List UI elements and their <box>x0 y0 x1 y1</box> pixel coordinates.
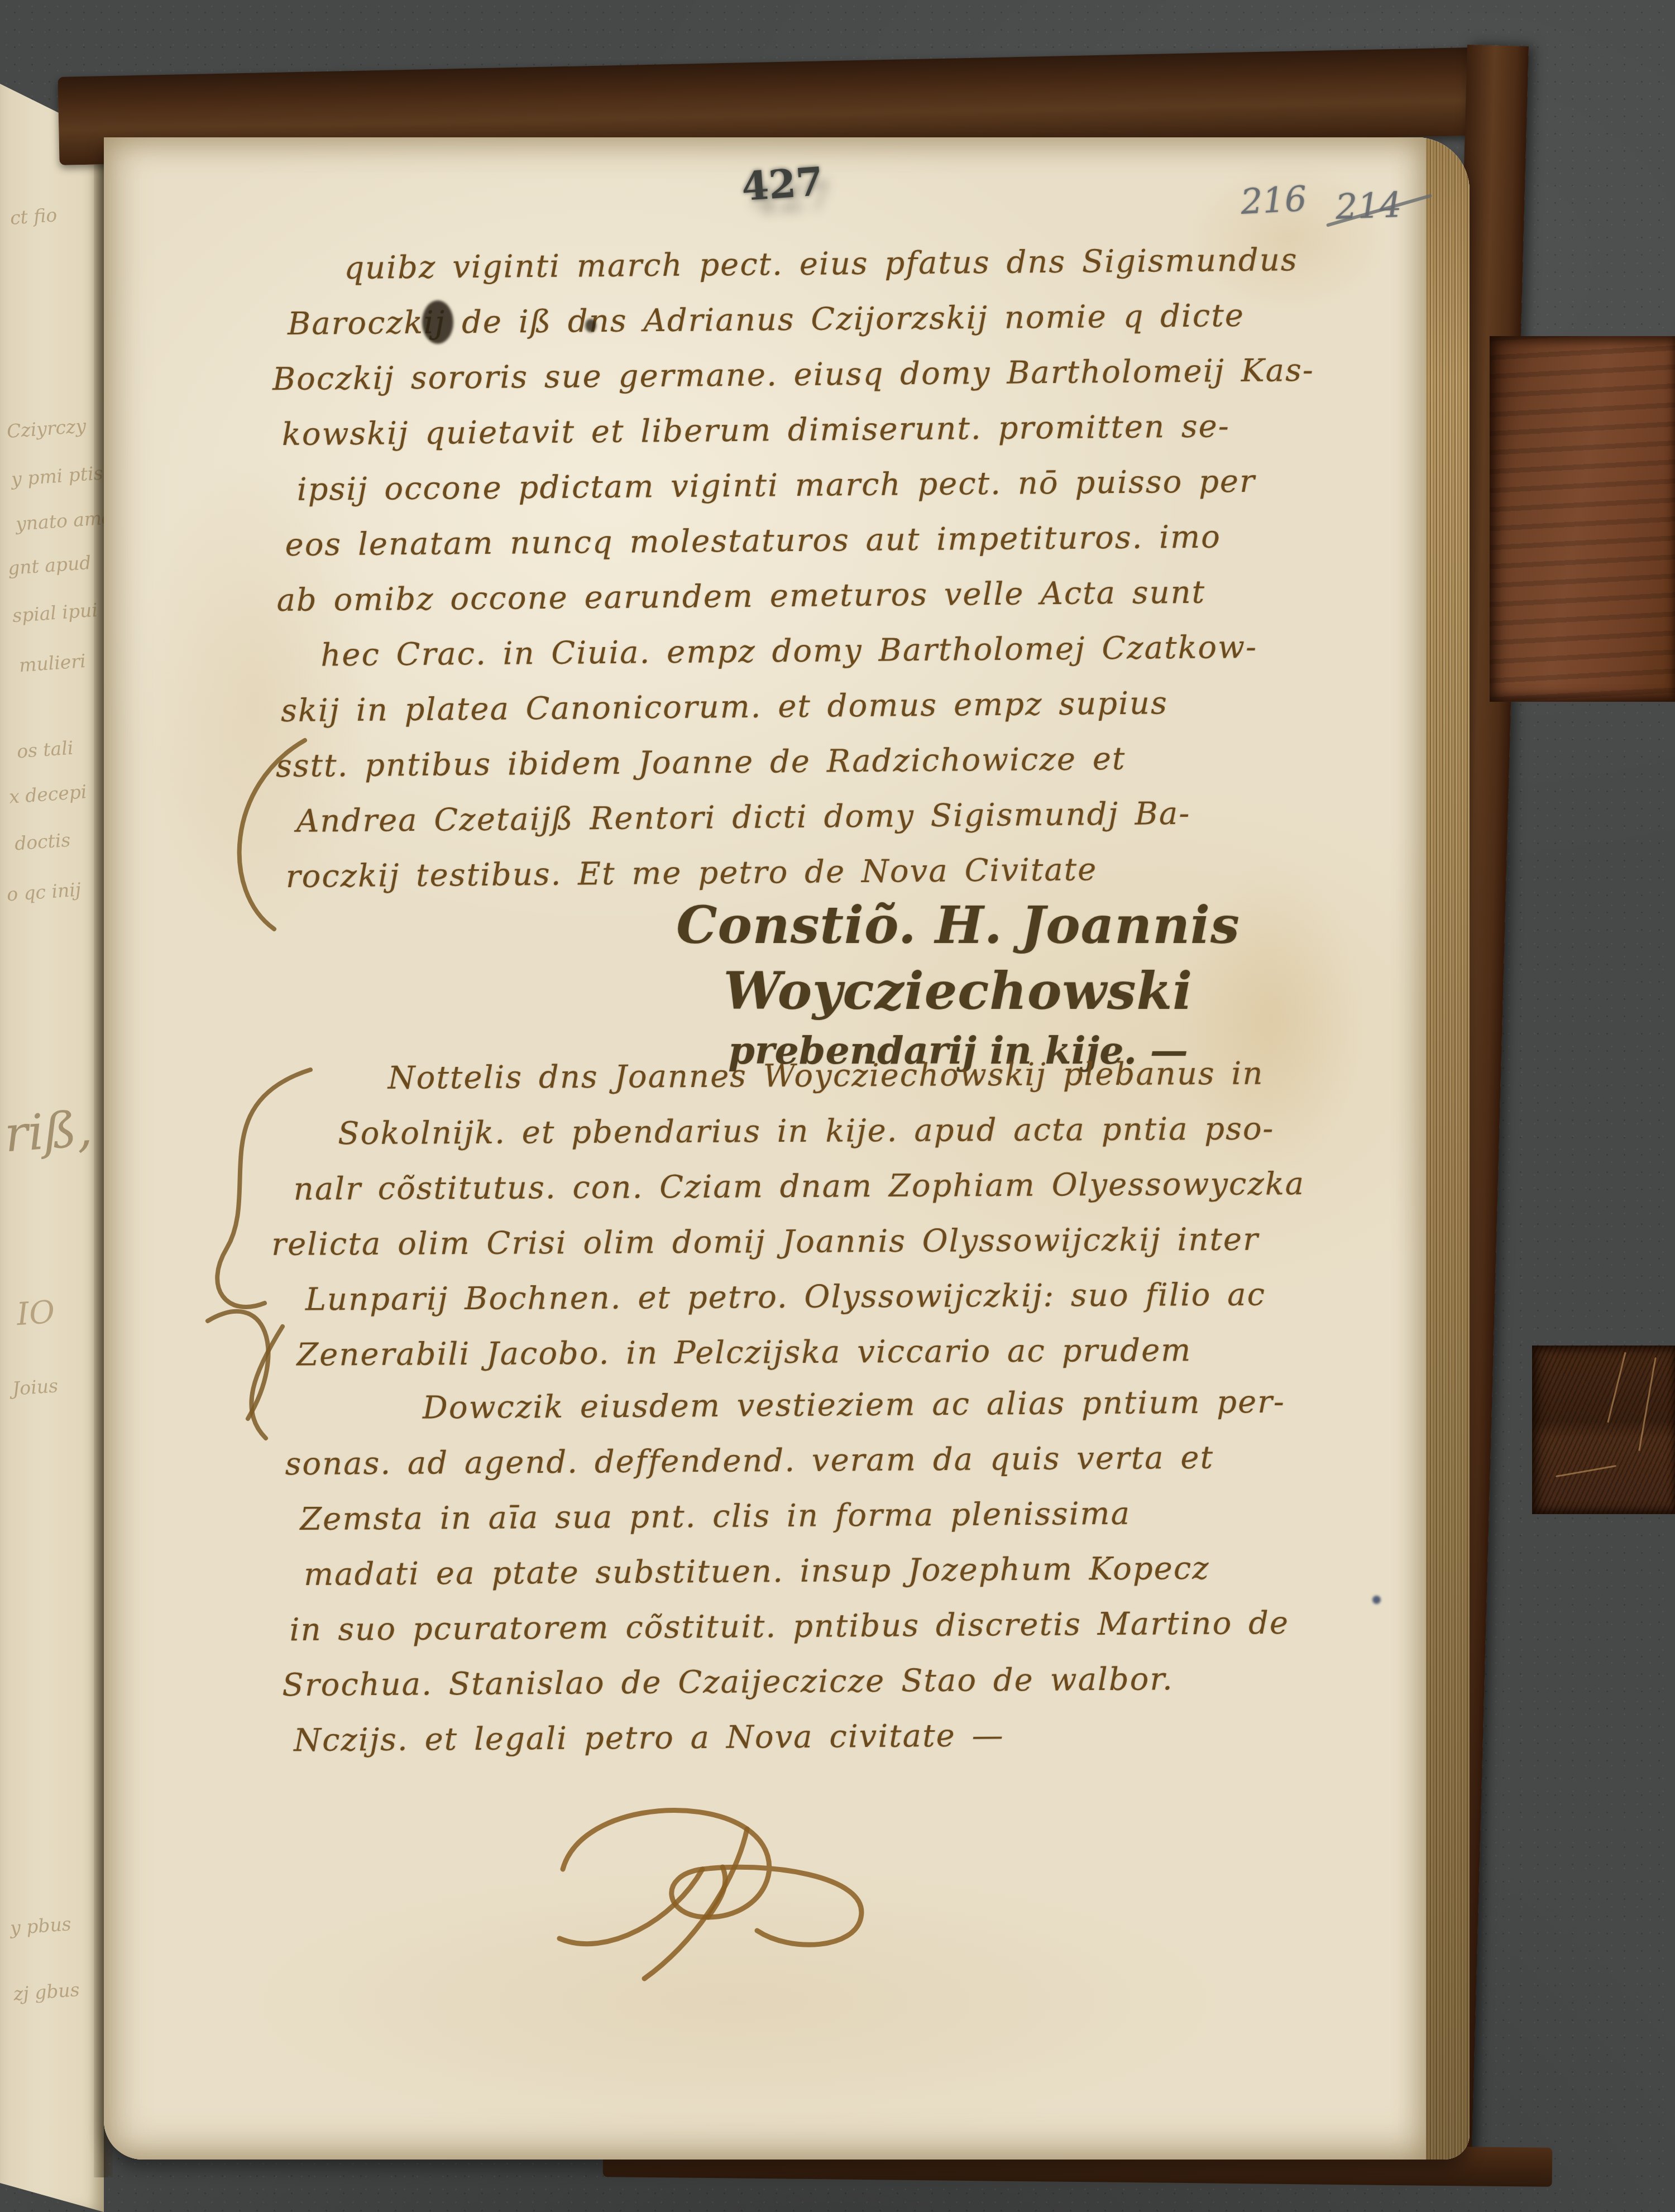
manuscript-line: ipsij occone pdictam viginti march pect.… <box>296 453 1315 518</box>
ink-blot <box>422 300 453 344</box>
manuscript-line: Lunparij Bochnen. et petro. Olyssowijczk… <box>305 1267 1306 1327</box>
ghost-text-fragment: Cziyrczy <box>6 415 87 442</box>
manuscript-line: ab omibz occone earundem emeturos velle … <box>276 564 1317 628</box>
strap-scratch-mark <box>1556 1465 1616 1477</box>
manuscript-line: Nottelis dns Joannes Woycziechowskij ple… <box>387 1046 1304 1106</box>
ghost-text-fragment: ct fio <box>9 204 58 229</box>
page-stack-fore-edge <box>1425 137 1470 2160</box>
manuscript-line: relicta olim Crisi olim domij Joannis Ol… <box>271 1212 1305 1272</box>
strap-scratch-mark <box>1638 1357 1656 1451</box>
manuscript-line: Sokolnijk. et pbendarius in kije. apud a… <box>338 1101 1305 1161</box>
ghost-text-fragment: y pmi ptis <box>11 462 104 490</box>
ghost-text-fragment: o qc inij <box>6 878 82 905</box>
act-heading-line1: Constiõ. H. Joannis Woycziechowski <box>534 892 1382 1024</box>
manuscript-line: Zemsta in aīa sua pnt. clis in forma ple… <box>300 1485 1289 1547</box>
ghost-text-fragment: y pbus <box>9 1913 72 1939</box>
manuscript-line: sonas. ad agend. deffendend. veram da qu… <box>285 1430 1288 1492</box>
leather-clasp-strap-upper <box>1490 336 1675 702</box>
margin-swash-flourishes <box>171 724 338 1449</box>
manuscript-line: Andrea Czetaijß Rentori dicti domy Sigis… <box>296 785 1318 849</box>
manuscript-line: nalr cõstitutus. con. Cziam dnam Zophiam… <box>293 1156 1305 1217</box>
manuscript-line: in suo pcuratorem cõstituit. pntibus dis… <box>289 1596 1289 1658</box>
manuscript-line: quibz viginti march pect. eius pfatus dn… <box>344 232 1314 296</box>
folio-number-pencil: 216 <box>1239 178 1308 222</box>
manuscript-line: Zenerabili Jacobo. in Pelczijska viccari… <box>296 1322 1306 1382</box>
manuscript-line: sstt. pntibus ibidem Joanne de Radzichow… <box>276 730 1318 794</box>
facing-page-edge: ct fio Cziyrczy y pmi ptis ynato amd gnt… <box>0 0 104 2212</box>
ghost-text-fragment: os tali <box>16 737 74 763</box>
manuscript-line: hec Crac. in Ciuia. empz domy Bartholome… <box>320 619 1317 683</box>
manuscript-line: madati ea ptate substituen. insup Jozeph… <box>304 1540 1289 1602</box>
photograph-of-manuscript-book: ct fio Cziyrczy y pmi ptis ynato amd gnt… <box>0 0 1675 2212</box>
ghost-text-fragment: gnt apud <box>7 552 92 579</box>
manuscript-line: kowskij quietavit et liberum dimiserunt.… <box>281 398 1315 462</box>
strap-scratch-mark <box>1607 1352 1626 1423</box>
ink-speck-blue <box>1372 1596 1381 1604</box>
ghost-text-fragment: IO <box>16 1294 56 1333</box>
manuscript-line: Nczijs. et legali petro a Nova civitate … <box>294 1706 1290 1768</box>
manuscript-line: Srochua. Stanislao de Czaijeczicze Stao … <box>282 1651 1290 1713</box>
entry-paragraph-3: Dowczik eiusdem vestieziem ac alias pnti… <box>280 1375 1290 1769</box>
manuscript-line: Boczkij sororis sue germane. eiusq domy … <box>272 343 1315 407</box>
leather-clasp-strap-lower <box>1532 1346 1675 1514</box>
entry-paragraph-2: Nottelis dns Joannes Woycziechowskij ple… <box>270 1046 1306 1383</box>
manuscript-page: 427 216 214 quibz viginti march pect. ei… <box>104 137 1426 2160</box>
ink-speck <box>585 319 596 332</box>
ghost-text-fragment: mulieri <box>18 650 87 676</box>
ghost-text-fragment: doctis <box>14 829 71 855</box>
ghost-text-fragment: spial ipui <box>12 599 98 627</box>
ghost-text-fragment: riß, <box>3 1100 94 1164</box>
manuscript-line: Dowczik eiusdem vestieziem ac alias pnti… <box>423 1375 1288 1436</box>
calligraphic-knot-flourish <box>528 1784 897 1996</box>
manuscript-line: skij in platea Canonicorum. et domus emp… <box>281 674 1318 739</box>
manuscript-line: eos lenatam nuncq molestaturos aut impet… <box>285 509 1316 573</box>
folio-number-ink: 427 <box>740 158 825 210</box>
ghost-text-fragment: zj gbus <box>13 1979 80 2005</box>
manuscript-page-block: 427 216 214 quibz viginti march pect. ei… <box>104 137 1470 2160</box>
ghost-text-fragment: x decepi <box>8 781 88 808</box>
ghost-text-fragment: Joius <box>12 1375 59 1400</box>
